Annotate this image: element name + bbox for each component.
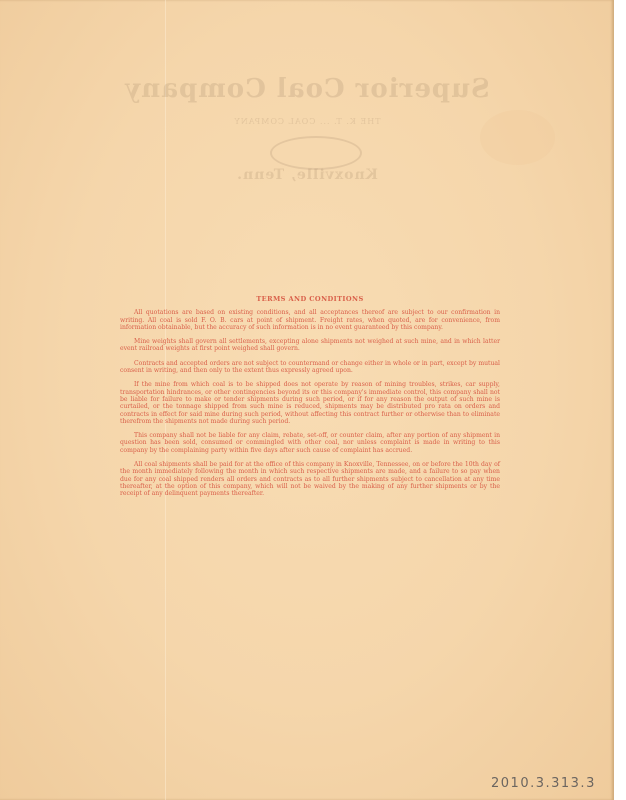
terms-paragraph: Mine weights shall govern all settlement… <box>120 338 500 353</box>
terms-paragraph: If the mine from which coal is to be shi… <box>120 381 500 425</box>
terms-paragraph: Contracts and accepted orders are not su… <box>120 360 500 375</box>
terms-paragraph: All coal shipments shall be paid for at … <box>120 461 500 497</box>
terms-and-conditions: TERMS AND CONDITIONS All quotations are … <box>120 296 500 505</box>
terms-title: TERMS AND CONDITIONS <box>120 296 500 303</box>
document-page: Superior Coal Company THE K. T. ... COAL… <box>0 0 614 800</box>
terms-paragraph: This company shall not be liable for any… <box>120 432 500 454</box>
terms-paragraph: All quotations are based on existing con… <box>120 309 500 331</box>
show-through-city: Knoxville, Tenn. <box>0 167 614 183</box>
show-through-seal <box>270 136 362 170</box>
show-through-company-name: Superior Coal Company <box>0 74 614 104</box>
paper-stain <box>480 110 555 165</box>
accession-number: 2010.3.313.3 <box>491 776 596 791</box>
